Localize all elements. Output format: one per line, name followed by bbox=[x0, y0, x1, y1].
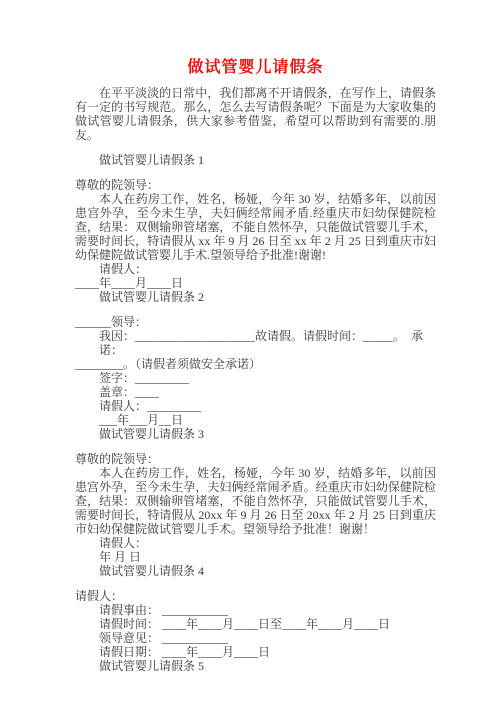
seal-line: 盖章：____ bbox=[75, 385, 436, 399]
signature-line: 请假人： bbox=[75, 262, 436, 276]
date-line: 年 月 日 bbox=[75, 550, 436, 564]
leave-note-section: 做试管婴儿请假条 5 bbox=[75, 659, 436, 673]
body-paragraph: 本人在药房工作，姓名，杨娅，今年 30 岁，结婚多年，以前因患宫外孕，至今未生孕… bbox=[75, 466, 436, 536]
section-heading: 做试管婴儿请假条 5 bbox=[75, 659, 436, 673]
sections-container: 做试管婴儿请假条 1尊敬的院领导：本人在药房工作，姓名，杨娅，今年 30 岁，结… bbox=[75, 153, 436, 673]
reason-line: 请假事由： ___________ bbox=[75, 603, 436, 617]
signature-line: 请假人：_________ bbox=[75, 399, 436, 413]
leave-note-section: 做试管婴儿请假条 2______领导：我因：__________________… bbox=[75, 290, 436, 427]
date-line: ___年___月__日 bbox=[75, 413, 436, 427]
time-line: 请假时间： ____年____月____日至____年____月____日 bbox=[75, 617, 436, 631]
section-heading: 做试管婴儿请假条 2 bbox=[75, 290, 436, 304]
leave-note-section: 做试管婴儿请假条 1尊敬的院领导：本人在药房工作，姓名，杨娅，今年 30 岁，结… bbox=[75, 153, 436, 290]
date-line: ____年____月____日 bbox=[75, 276, 436, 290]
signature-line: 请假人： bbox=[75, 536, 436, 550]
document-title: 做试管婴儿请假条 bbox=[75, 58, 436, 78]
leader-opinion-line: 领导意见： ___________ bbox=[75, 631, 436, 645]
reason-line: 我因：____________________故请假。请假时间：_____。 承… bbox=[75, 329, 436, 357]
sign-line: 签字：_________ bbox=[75, 371, 436, 385]
leave-note-section: 做试管婴儿请假条 3尊敬的院领导：本人在药房工作，姓名，杨娅，今年 30 岁，结… bbox=[75, 427, 436, 564]
leader-blank-line: ______领导： bbox=[75, 315, 436, 329]
intro-paragraph: 在平平淡淡的日常中，我们都离不开请假条，在写作上，请假条有一定的书写规范。那么，… bbox=[75, 86, 436, 142]
document-page: 做试管婴儿请假条 在平平淡淡的日常中，我们都离不开请假条，在写作上，请假条有一定… bbox=[0, 0, 500, 708]
salutation-line: 尊敬的院领导： bbox=[75, 452, 436, 466]
section-heading: 做试管婴儿请假条 1 bbox=[75, 153, 436, 167]
leave-note-section: 做试管婴儿请假条 4请假人：请假事由： ___________请假时间： ___… bbox=[75, 564, 436, 659]
section-heading: 做试管婴儿请假条 3 bbox=[75, 427, 436, 441]
signature-line: 请假人： bbox=[75, 589, 436, 603]
salutation-line: 尊敬的院领导： bbox=[75, 178, 436, 192]
promise-line: ________。（请假者须做安全承诺） bbox=[75, 357, 436, 371]
date-line: 请假日期： ____年____月____日 bbox=[75, 645, 436, 659]
body-paragraph: 本人在药房工作，姓名，杨娅，今年 30 岁，结婚多年，以前因患宫外孕，至今未生孕… bbox=[75, 192, 436, 262]
section-heading: 做试管婴儿请假条 4 bbox=[75, 564, 436, 578]
